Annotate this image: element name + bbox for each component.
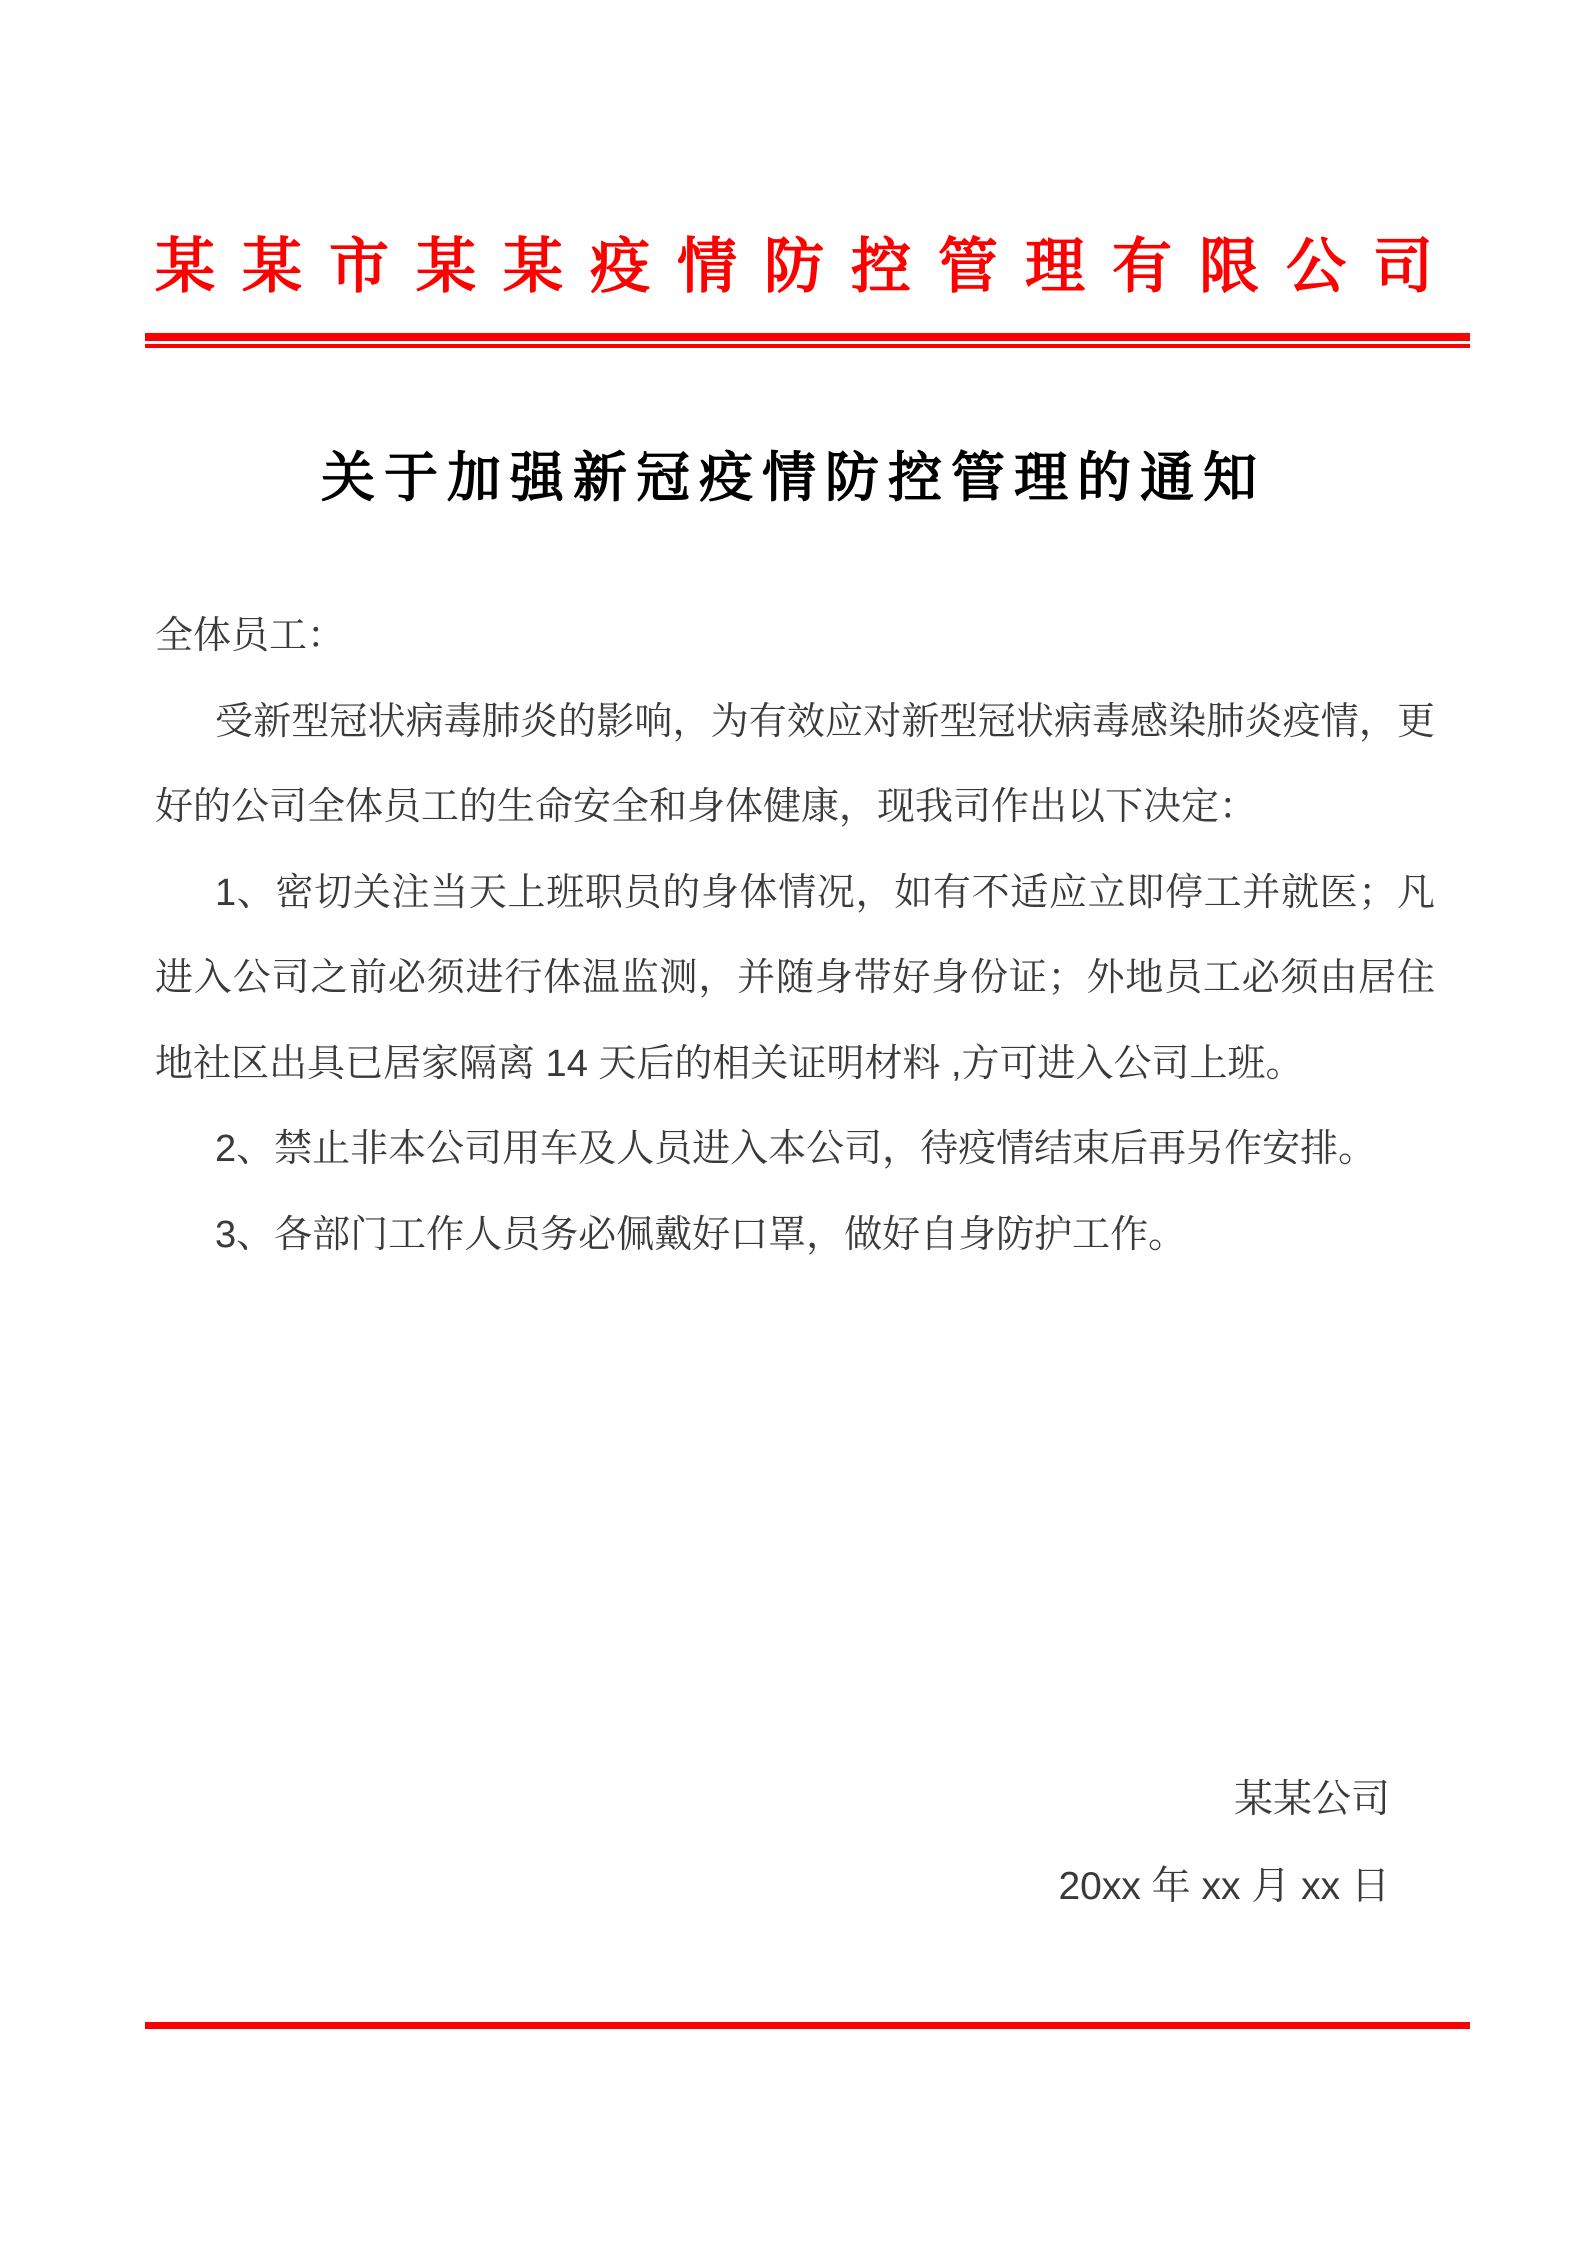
letterhead-divider-thin-line: [145, 344, 1470, 348]
letterhead-divider-thick-line: [145, 333, 1470, 341]
signature-company: 某某公司: [1058, 1756, 1390, 1843]
paragraph-rule-2: 2、禁止非本公司用车及人员进入本公司，待疫情结束后再另作安排。: [155, 1107, 1435, 1193]
footer-divider: [145, 2022, 1470, 2029]
salutation: 全体员工：: [155, 594, 1435, 680]
letterhead-divider: [145, 333, 1470, 348]
document-body: 全体员工： 受新型冠状病毒肺炎的影响，为有效应对新型冠状病毒感染肺炎疫情，更好的…: [155, 594, 1435, 1278]
paragraph-intro: 受新型冠状病毒肺炎的影响，为有效应对新型冠状病毒感染肺炎疫情，更好的公司全体员工…: [155, 680, 1435, 851]
signature-block: 某某公司 20xx 年 xx 月 xx 日: [1058, 1756, 1390, 1930]
document-title: 关于加强新冠疫情防控管理的通知: [0, 442, 1587, 514]
signature-date: 20xx 年 xx 月 xx 日: [1058, 1843, 1390, 1930]
paragraph-rule-3: 3、各部门工作人员务必佩戴好口罩，做好自身防护工作。: [155, 1193, 1435, 1279]
document-page: 某某市某某疫情防控管理有限公司 关于加强新冠疫情防控管理的通知 全体员工： 受新…: [0, 0, 1587, 2245]
letterhead-company-name: 某某市某某疫情防控管理有限公司: [155, 228, 1485, 306]
paragraph-rule-1: 1、密切关注当天上班职员的身体情况，如有不适应立即停工并就医；凡进入公司之前必须…: [155, 851, 1435, 1108]
